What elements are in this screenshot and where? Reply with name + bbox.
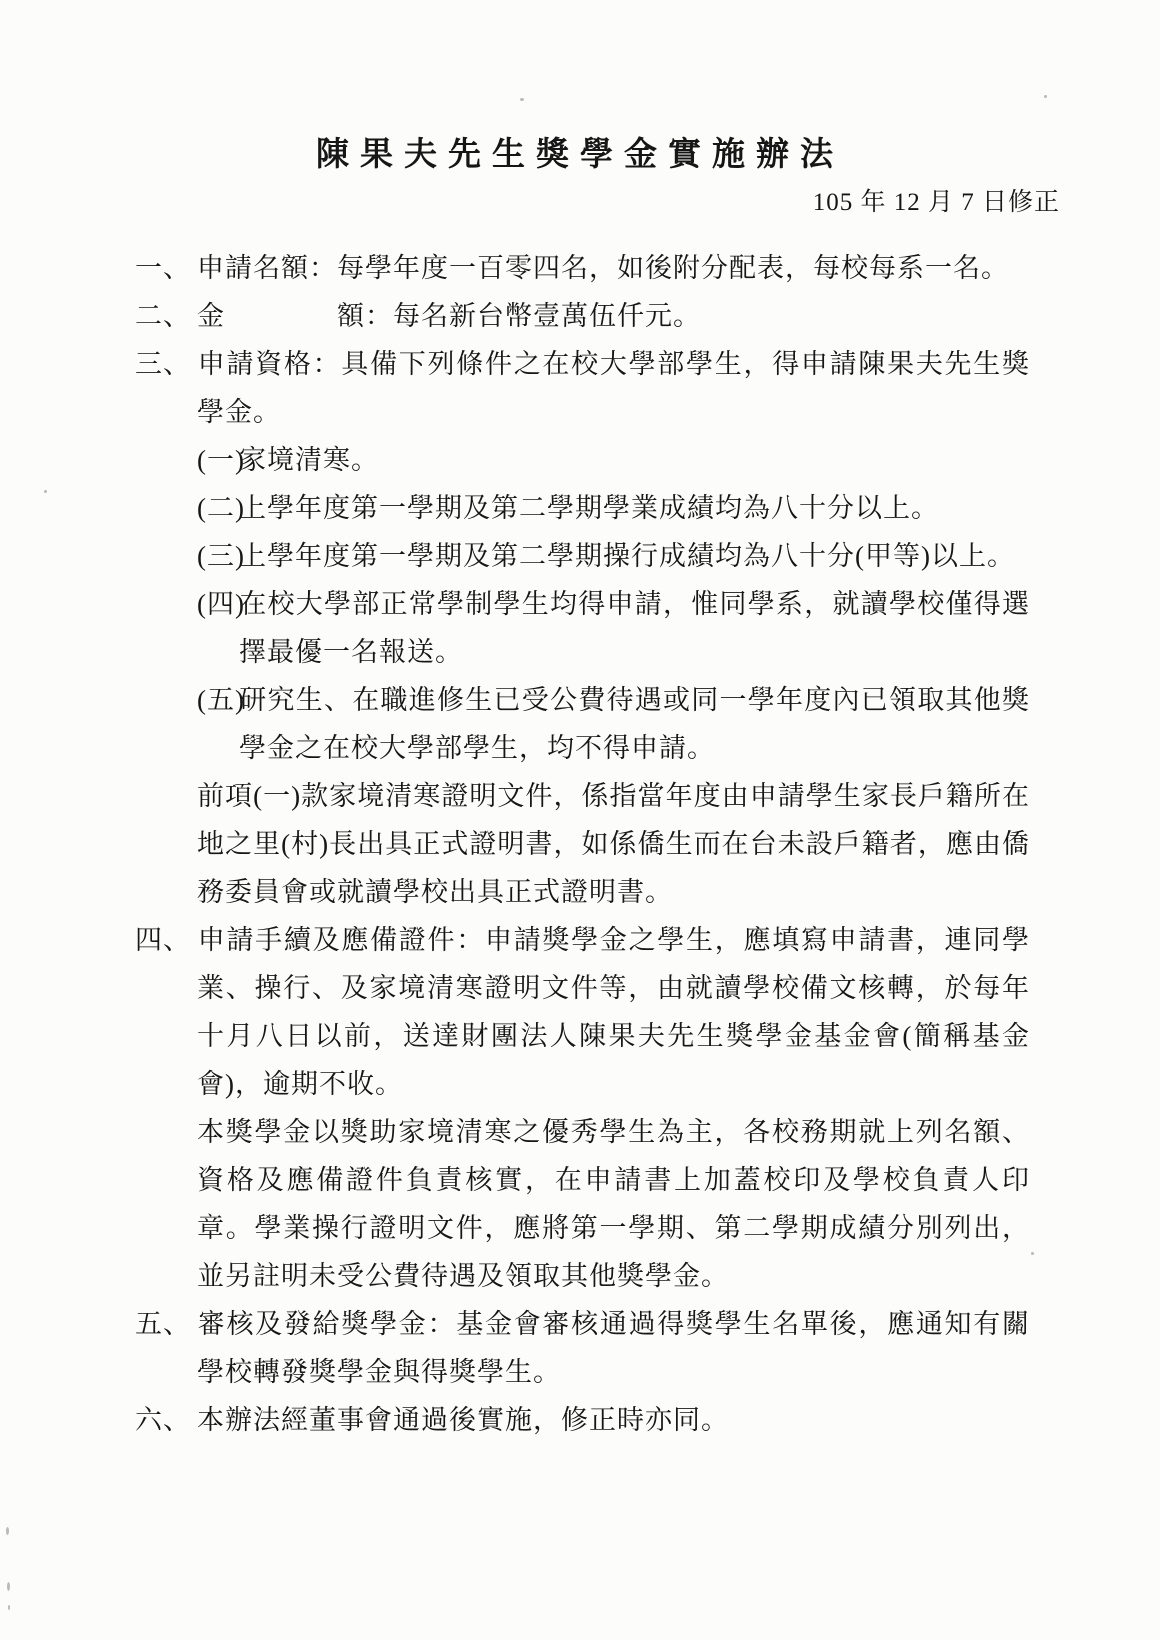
scan-noise-speck [7,1582,10,1591]
scan-noise-speck [1031,1252,1034,1255]
article-5-number: 五、 [135,1300,197,1348]
revision-date: 105 年 12 月 7 日修正 [0,188,1160,218]
article-2: 二、金 額：每名新台幣壹萬伍仟元。 [135,292,1030,340]
article-4: 四、申請手續及應備證件：申請獎學金之學生，應填寫申請書，連同學業、操行、及家境清… [135,916,1030,1108]
article-3-subitem-5: (五)研究生、在職進修生已受公費待遇或同一學年度內已領取其他獎學金之在校大學部學… [197,676,1030,772]
article-3: 三、申請資格：具備下列條件之在校大學部學生，得申請陳果夫先生獎學金。 [135,340,1030,436]
article-3-subitem-3-text: 上學年度第一學期及第二學期操行成績均為八十分(甲等)以上。 [239,541,1015,571]
article-2-number: 二、 [135,292,197,340]
article-3-subitem-2-number: (二) [197,484,239,532]
article-3-subitem-4-text: 在校大學部正常學制學生均得申請，惟同學系，就讀學校僅得選擇最優一名報送。 [239,589,1030,667]
article-3-subitem-1-number: (一) [197,436,239,484]
article-5-text: 審核及發給獎學金：基金會審核通過得獎學生名單後，應通知有關學校轉發獎學金與得獎學… [197,1309,1030,1387]
article-3-subitem-2-text: 上學年度第一學期及第二學期學業成績均為八十分以上。 [239,493,939,523]
article-3-subitem-3: (三)上學年度第一學期及第二學期操行成績均為八十分(甲等)以上。 [197,532,1030,580]
scan-noise-speck [1044,95,1047,98]
scan-noise-speck [44,490,47,493]
article-3-paragraph: 前項(一)款家境清寒證明文件，係指當年度由申請學生家長戶籍所在地之里(村)長出具… [197,772,1030,916]
article-1-number: 一、 [135,244,197,292]
article-2-text: 金 額：每名新台幣壹萬伍仟元。 [197,301,701,331]
document-body: 一、申請名額：每學年度一百零四名，如後附分配表，每校每系一名。 二、金 額：每名… [135,244,1030,1444]
scan-noise-speck [6,1527,9,1535]
article-1: 一、申請名額：每學年度一百零四名，如後附分配表，每校每系一名。 [135,244,1030,292]
article-3-subitem-1-text: 家境清寒。 [239,445,379,475]
article-4-number: 四、 [135,916,197,964]
article-4-paragraph: 本獎學金以獎助家境清寒之優秀學生為主，各校務期就上列名額、資格及應備證件負責核實… [197,1108,1030,1300]
article-6-number: 六、 [135,1396,197,1444]
article-3-subitem-5-text: 研究生、在職進修生已受公費待遇或同一學年度內已領取其他獎學金之在校大學部學生，均… [239,685,1030,763]
scan-noise-speck [8,1605,10,1610]
article-3-number: 三、 [135,340,197,388]
article-6-text: 本辦法經董事會通過後實施，修正時亦同。 [197,1405,729,1435]
article-3-subitem-5-number: (五) [197,676,239,724]
article-3-text: 申請資格：具備下列條件之在校大學部學生，得申請陳果夫先生獎學金。 [197,349,1030,427]
document-title: 陳果夫先生獎學金實施辦法 [0,0,1160,176]
article-3-subitem-4-number: (四) [197,580,239,628]
article-3-subitem-3-number: (三) [197,532,239,580]
article-5: 五、審核及發給獎學金：基金會審核通過得獎學生名單後，應通知有關學校轉發獎學金與得… [135,1300,1030,1396]
article-4-text: 申請手續及應備證件：申請獎學金之學生，應填寫申請書，連同學業、操行、及家境清寒證… [197,925,1030,1099]
scan-noise-speck [347,1177,350,1179]
article-3-subitem-4: (四)在校大學部正常學制學生均得申請，惟同學系，就讀學校僅得選擇最優一名報送。 [197,580,1030,676]
article-3-subitem-2: (二)上學年度第一學期及第二學期學業成績均為八十分以上。 [197,484,1030,532]
article-1-text: 申請名額：每學年度一百零四名，如後附分配表，每校每系一名。 [197,253,1009,283]
scanned-document-page: 陳果夫先生獎學金實施辦法 105 年 12 月 7 日修正 一、申請名額：每學年… [0,0,1160,1640]
article-6: 六、本辦法經董事會通過後實施，修正時亦同。 [135,1396,1030,1444]
article-3-subitem-1: (一)家境清寒。 [197,436,1030,484]
scan-noise-speck [520,98,524,101]
